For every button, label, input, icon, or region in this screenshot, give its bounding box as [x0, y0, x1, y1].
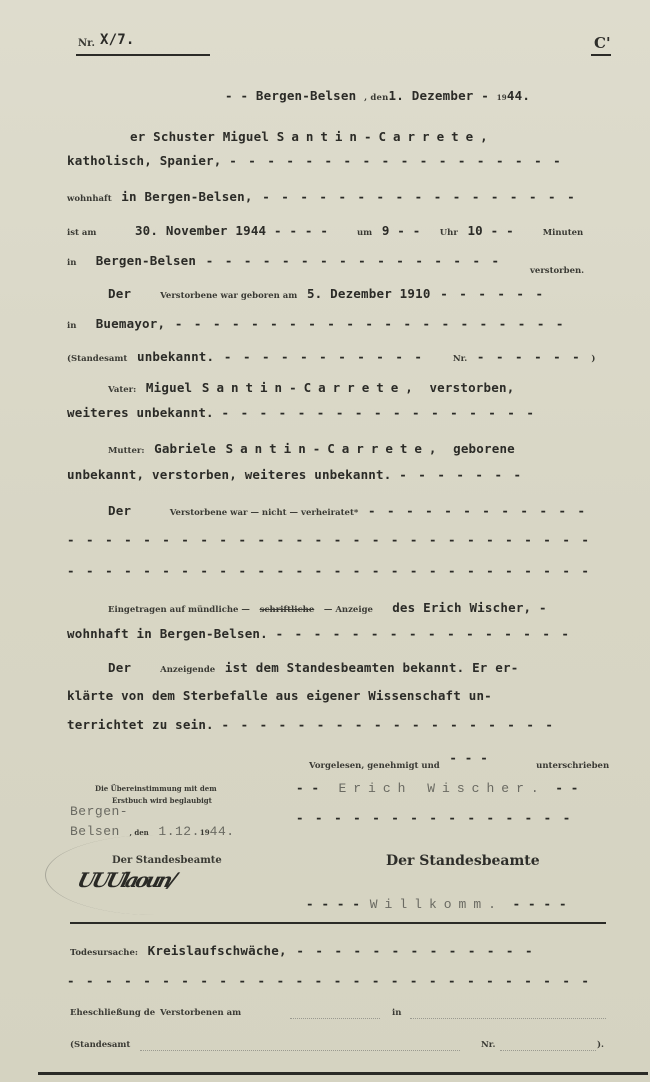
marriage-place-field	[410, 1018, 606, 1019]
birth-registry: unbekannt.	[137, 349, 214, 364]
father-surname: Santin-Carrete,	[202, 380, 420, 395]
birthplace: Buemayor,	[96, 316, 166, 331]
year-prefix: 19	[497, 93, 507, 102]
father-line: Vater: Miguel Santin-Carrete, verstorben…	[108, 377, 514, 396]
statement-line-3: terrichtet zu sein. - - - - - - - - - - …	[67, 717, 555, 732]
marriage-nr-label: Nr.	[481, 1040, 495, 1050]
registration-struck-option: schriftliche	[260, 605, 315, 615]
paren-close: )	[591, 354, 595, 364]
occupation-name: er Schuster Miguel	[130, 129, 269, 144]
minutes-label: Minuten	[543, 228, 584, 238]
read-approved-label: Vorgelesen, genehmigt und	[309, 761, 440, 771]
father-first-name: Miguel	[146, 380, 192, 395]
official-title: Der Standesbeamte	[386, 853, 540, 869]
birth-label: Verstorbene war geboren am	[160, 291, 297, 301]
informant-residence: wohnhaft in Bergen-Belsen.	[67, 626, 268, 641]
nr-label: Nr.	[78, 38, 95, 49]
birth-line: Der Verstorbene war geboren am 5. Dezemb…	[108, 283, 545, 302]
record-number: X/7.	[100, 32, 135, 48]
deceased-line-1: er Schuster Miguel Santin-Carrete,	[130, 129, 495, 144]
cause-dash-line: - - - - - - - - - - - - - - - - - - - - …	[67, 973, 591, 988]
header-underline	[76, 54, 210, 56]
mother-line-2: unbekannt, verstorben, weiteres unbekann…	[67, 467, 523, 482]
marriage-registry-label: (Standesamt	[70, 1040, 130, 1050]
certification-place-2: Belsen	[70, 824, 120, 839]
minute: 10 - -	[467, 223, 513, 238]
informant-label: Anzeigende	[160, 665, 215, 675]
marriage-nr-field	[500, 1050, 596, 1051]
read-dashes: - - -	[449, 750, 488, 765]
cause-of-death: Kreislaufschwäche,	[148, 943, 287, 958]
bottom-border	[38, 1072, 648, 1075]
marriage-close: ).	[597, 1040, 604, 1050]
official-name-line: - - - - Willkomm. - - - -	[306, 893, 567, 912]
statement-line-1: Der Anzeigende ist dem Standesbeamten be…	[108, 657, 518, 676]
cause-of-death-line: Todesursache: Kreislaufschwäche, - - - -…	[70, 940, 535, 959]
place-date-line: - - Bergen-Belsen , den1. Dezember - 194…	[225, 88, 530, 103]
read-approved-line: Vorgelesen, genehmigt und - - - untersch…	[309, 753, 609, 772]
death-place-line: in Bergen-Belsen - - - - - - - - - - - -…	[67, 250, 584, 269]
informant-signature-line: - - Erich Wischer. - -	[296, 777, 579, 796]
marital-prefix: Der	[108, 503, 131, 518]
hour-label: um	[357, 228, 372, 238]
birthplace-label: in	[67, 321, 76, 331]
mother-surname: Santin-Carrete,	[226, 441, 444, 456]
birth-nr-label: Nr.	[453, 354, 467, 364]
registration-label: Eingetragen auf mündliche —	[108, 605, 250, 615]
mother-first-name: Gabriele	[154, 441, 216, 456]
death-place: Bergen-Belsen	[96, 253, 196, 268]
residence-line: wohnhaft in Bergen-Belsen, - - - - - - -…	[67, 186, 577, 205]
residence: in Bergen-Belsen,	[121, 189, 252, 204]
official-signature: Willkomm.	[370, 897, 503, 912]
religion-nationality: katholisch, Spanier,	[67, 153, 222, 168]
blank-dash-line-1: - - - - - - - - - - - - - - - - - - - - …	[67, 532, 591, 547]
birth-registry-label: (Standesamt	[67, 354, 127, 364]
year: 44.	[507, 88, 530, 103]
death-time-line: ist am 30. November 1944 - - - - um 9 - …	[67, 220, 583, 239]
cause-of-death-label: Todesursache:	[70, 948, 138, 958]
father-line-2: weiteres unbekannt. - - - - - - - - - - …	[67, 405, 536, 420]
father-label: Vater:	[108, 385, 136, 395]
section-divider	[70, 922, 606, 924]
deceased-line-2: katholisch, Spanier, - - - - - - - - - -…	[67, 153, 563, 168]
hour: 9 - -	[382, 223, 421, 238]
den-label: , den	[364, 93, 388, 103]
blank-dash-line-2: - - - - - - - - - - - - - - - - - - - - …	[67, 563, 591, 578]
mother-status: geborene	[453, 441, 515, 456]
marriage-label-2: Verstorbenen am	[160, 1008, 241, 1018]
birth-prefix: Der	[108, 286, 131, 301]
place-prefix: - -	[225, 88, 248, 103]
informant-residence-line: wohnhaft in Bergen-Belsen. - - - - - - -…	[67, 626, 571, 641]
form-code: C'	[594, 34, 611, 52]
uhr-label: Uhr	[440, 228, 458, 238]
place: Bergen-Belsen	[256, 88, 356, 103]
birth-registry-line: (Standesamt unbekannt. - - - - - - - - -…	[67, 346, 595, 365]
marriage-in-label: in	[392, 1008, 401, 1018]
statement-text-3: terrichtet zu sein.	[67, 717, 214, 732]
marriage-registry-field	[140, 1050, 460, 1051]
informant-signature: Erich Wischer.	[338, 781, 545, 796]
marriage-label: Eheschließung de	[70, 1008, 155, 1018]
day-month: 1. Dezember -	[389, 88, 489, 103]
mother-details: unbekannt, verstorben, weiteres unbekann…	[67, 467, 391, 482]
marriage-date-field	[290, 1018, 380, 1019]
certification-place-1: Bergen-	[70, 804, 128, 819]
document-page: Nr. X/7. C' - - Bergen-Belsen , den1. De…	[0, 0, 650, 1082]
signature-dash-line: - - - - - - - - - - - - - - -	[296, 810, 572, 825]
certification-text-1: Die Übereinstimmung mit dem	[95, 784, 217, 793]
marital-line: Der Verstorbene war — nicht — verheirate…	[108, 500, 587, 519]
birth-date: 5. Dezember 1910	[307, 286, 431, 301]
certification-title: Der Standesbeamte	[112, 855, 222, 866]
certifying-official-signature: UUUlaoun/	[75, 868, 231, 892]
statement-prefix: Der	[108, 660, 131, 675]
signed-label: unterschrieben	[536, 761, 609, 771]
mother-line: Mutter: Gabriele Santin-Carrete, geboren…	[108, 438, 515, 457]
death-place-label: in	[67, 258, 76, 268]
residence-label: wohnhaft	[67, 194, 112, 204]
informant-name: des Erich Wischer, -	[392, 600, 547, 615]
deceased-surname: Santin-Carrete,	[277, 129, 495, 144]
father-status: verstorben,	[429, 380, 514, 395]
mother-label: Mutter:	[108, 446, 144, 456]
father-details: weiteres unbekannt.	[67, 405, 214, 420]
marital-status-label: Verstorbene war — nicht — verheiratet*	[170, 508, 359, 518]
registration-label-end: — Anzeige	[324, 605, 373, 615]
death-date: 30. November 1944 - - - -	[135, 223, 328, 238]
death-date-label: ist am	[67, 228, 96, 238]
statement-line-2: klärte von dem Sterbefalle aus eigener W…	[67, 688, 492, 703]
birthplace-line: in Buemayor, - - - - - - - - - - - - - -…	[67, 313, 565, 332]
died-label: verstorben.	[530, 266, 584, 276]
form-code-underline	[591, 54, 611, 56]
statement-text-1: ist dem Standesbeamten bekannt. Er er-	[225, 660, 519, 675]
registration-line: Eingetragen auf mündliche — schriftliche…	[108, 597, 547, 616]
